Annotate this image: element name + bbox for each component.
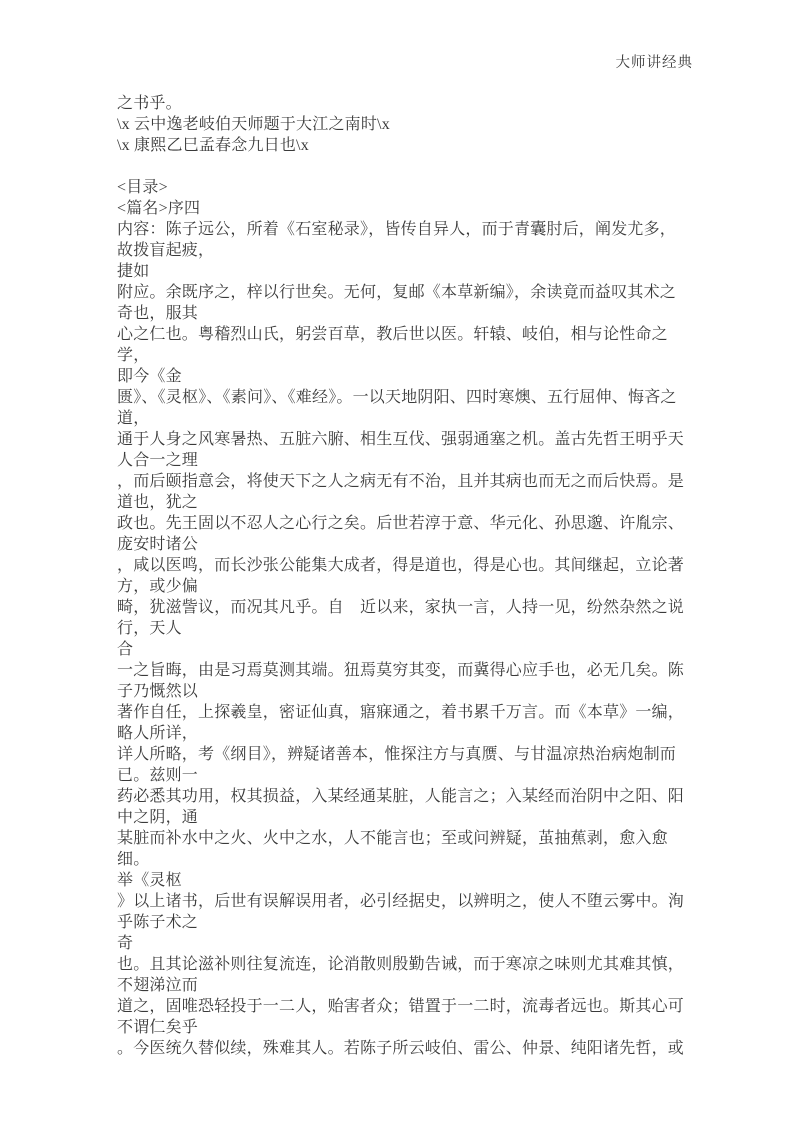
text-line: 道， — [117, 408, 693, 429]
page-header-title: 大师讲经典 — [616, 55, 694, 71]
text-line: 畸，犹滋訾议，而况其凡乎。自 近以来，家执一言，人持一见，纷然杂然之说 — [117, 597, 693, 618]
text-line: \x 云中逸老岐伯天师题于大江之南时\x — [117, 114, 693, 135]
text-line: 乎陈子术之 — [117, 912, 693, 933]
text-line: ，咸以医鸣，而长沙张公能集大成者，得是道也，得是心也。其间继起，立论著 — [117, 555, 693, 576]
text-line: 之书乎。 — [117, 93, 693, 114]
text-line: 庞安时诸公 — [117, 534, 693, 555]
text-line: 某脏而补水中之火、火中之水，人不能言也；至或问辨疑，茧抽蕉剥，愈入愈细。 — [117, 828, 693, 870]
text-line: 详人所略，考《纲目》，辨疑诸善本，惟探注方与真赝、与甘温凉热治病炮制而 — [117, 744, 693, 765]
text-line: 也。且其论滋补则往复流连，论消散则殷勤告诫，而于寒凉之味则尤其难其慎， — [117, 954, 693, 975]
text-line: 》以上诸书，后世有误解误用者，必引经据史，以辨明之，使人不堕云雾中。洵 — [117, 891, 693, 912]
text-line: 内容：陈子远公，所着《石室秘录》，皆传自异人，而于青囊肘后，阐发尤多， — [117, 219, 693, 240]
text-line: 合 — [117, 639, 693, 660]
text-line: 不谓仁矣乎 — [117, 1017, 693, 1038]
text-line: 药必悉其功用，权其损益，入某经通某脏，人能言之；入某经而治阴中之阳、阳 — [117, 786, 693, 807]
text-line: 即今《金 — [117, 366, 693, 387]
text-line: \x 康熙乙巳孟春念九日也\x — [117, 135, 693, 156]
document-body: 之书乎。\x 云中逸老岐伯天师题于大江之南时\x\x 康熙乙巳孟春念九日也\x<… — [117, 93, 693, 1059]
text-line: 。今医统久替似续，殊难其人。若陈子所云岐伯、雷公、仲景、纯阳诸先哲，或 — [117, 1038, 693, 1059]
text-line: 奇也，服其 — [117, 303, 693, 324]
text-line: 不翅涕泣而 — [117, 975, 693, 996]
text-line: 故拨盲起疲， — [117, 240, 693, 261]
text-line: 一之旨晦，由是习焉莫测其端。狃焉莫穷其变，而冀得心应手也，必无几矣。陈 — [117, 660, 693, 681]
text-line: 捷如 — [117, 261, 693, 282]
text-line: 附应。余既序之，梓以行世矣。无何，复邮《本草新编》，余读竟而益叹其术之 — [117, 282, 693, 303]
text-line: <目录> — [117, 177, 693, 198]
text-line: 略人所详， — [117, 723, 693, 744]
text-line: 中之阴，通 — [117, 807, 693, 828]
text-line: ，而后颐指意会，将使天下之人之病无有不治，且并其病也而无之而后快焉。是 — [117, 471, 693, 492]
text-line: 心之仁也。粤稽烈山氏，躬尝百草，教后世以医。轩辕、岐伯，相与论性命之学， — [117, 324, 693, 366]
text-line: 奇 — [117, 933, 693, 954]
text-line: 已。兹则一 — [117, 765, 693, 786]
text-line: 举《灵枢 — [117, 870, 693, 891]
blank-line — [117, 156, 693, 177]
text-line: 人合一之理 — [117, 450, 693, 471]
text-line: 方，或少偏 — [117, 576, 693, 597]
text-line: 通于人身之风寒暑热、五脏六腑、相生互伐、强弱通塞之机。盖古先哲王明乎天 — [117, 429, 693, 450]
text-line: 道也，犹之 — [117, 492, 693, 513]
text-line: 道之，固唯恐轻投于一二人，贻害者众；错置于一二时，流毒者远也。斯其心可 — [117, 996, 693, 1017]
text-line: 子乃慨然以 — [117, 681, 693, 702]
text-line: <篇名>序四 — [117, 198, 693, 219]
text-line: 行，天人 — [117, 618, 693, 639]
text-line: 著作自任，上探羲皇，密证仙真，寤寐通之，着书累千万言。而《本草》一编， — [117, 702, 693, 723]
text-line: 匮》、《灵枢》、《素问》、《难经》。一以天地阴阳、四时寒燠、五行屈伸、悔吝之 — [117, 387, 693, 408]
text-line: 政也。先王固以不忍人之心行之矣。后世若淳于意、华元化、孙思邈、许胤宗、 — [117, 513, 693, 534]
